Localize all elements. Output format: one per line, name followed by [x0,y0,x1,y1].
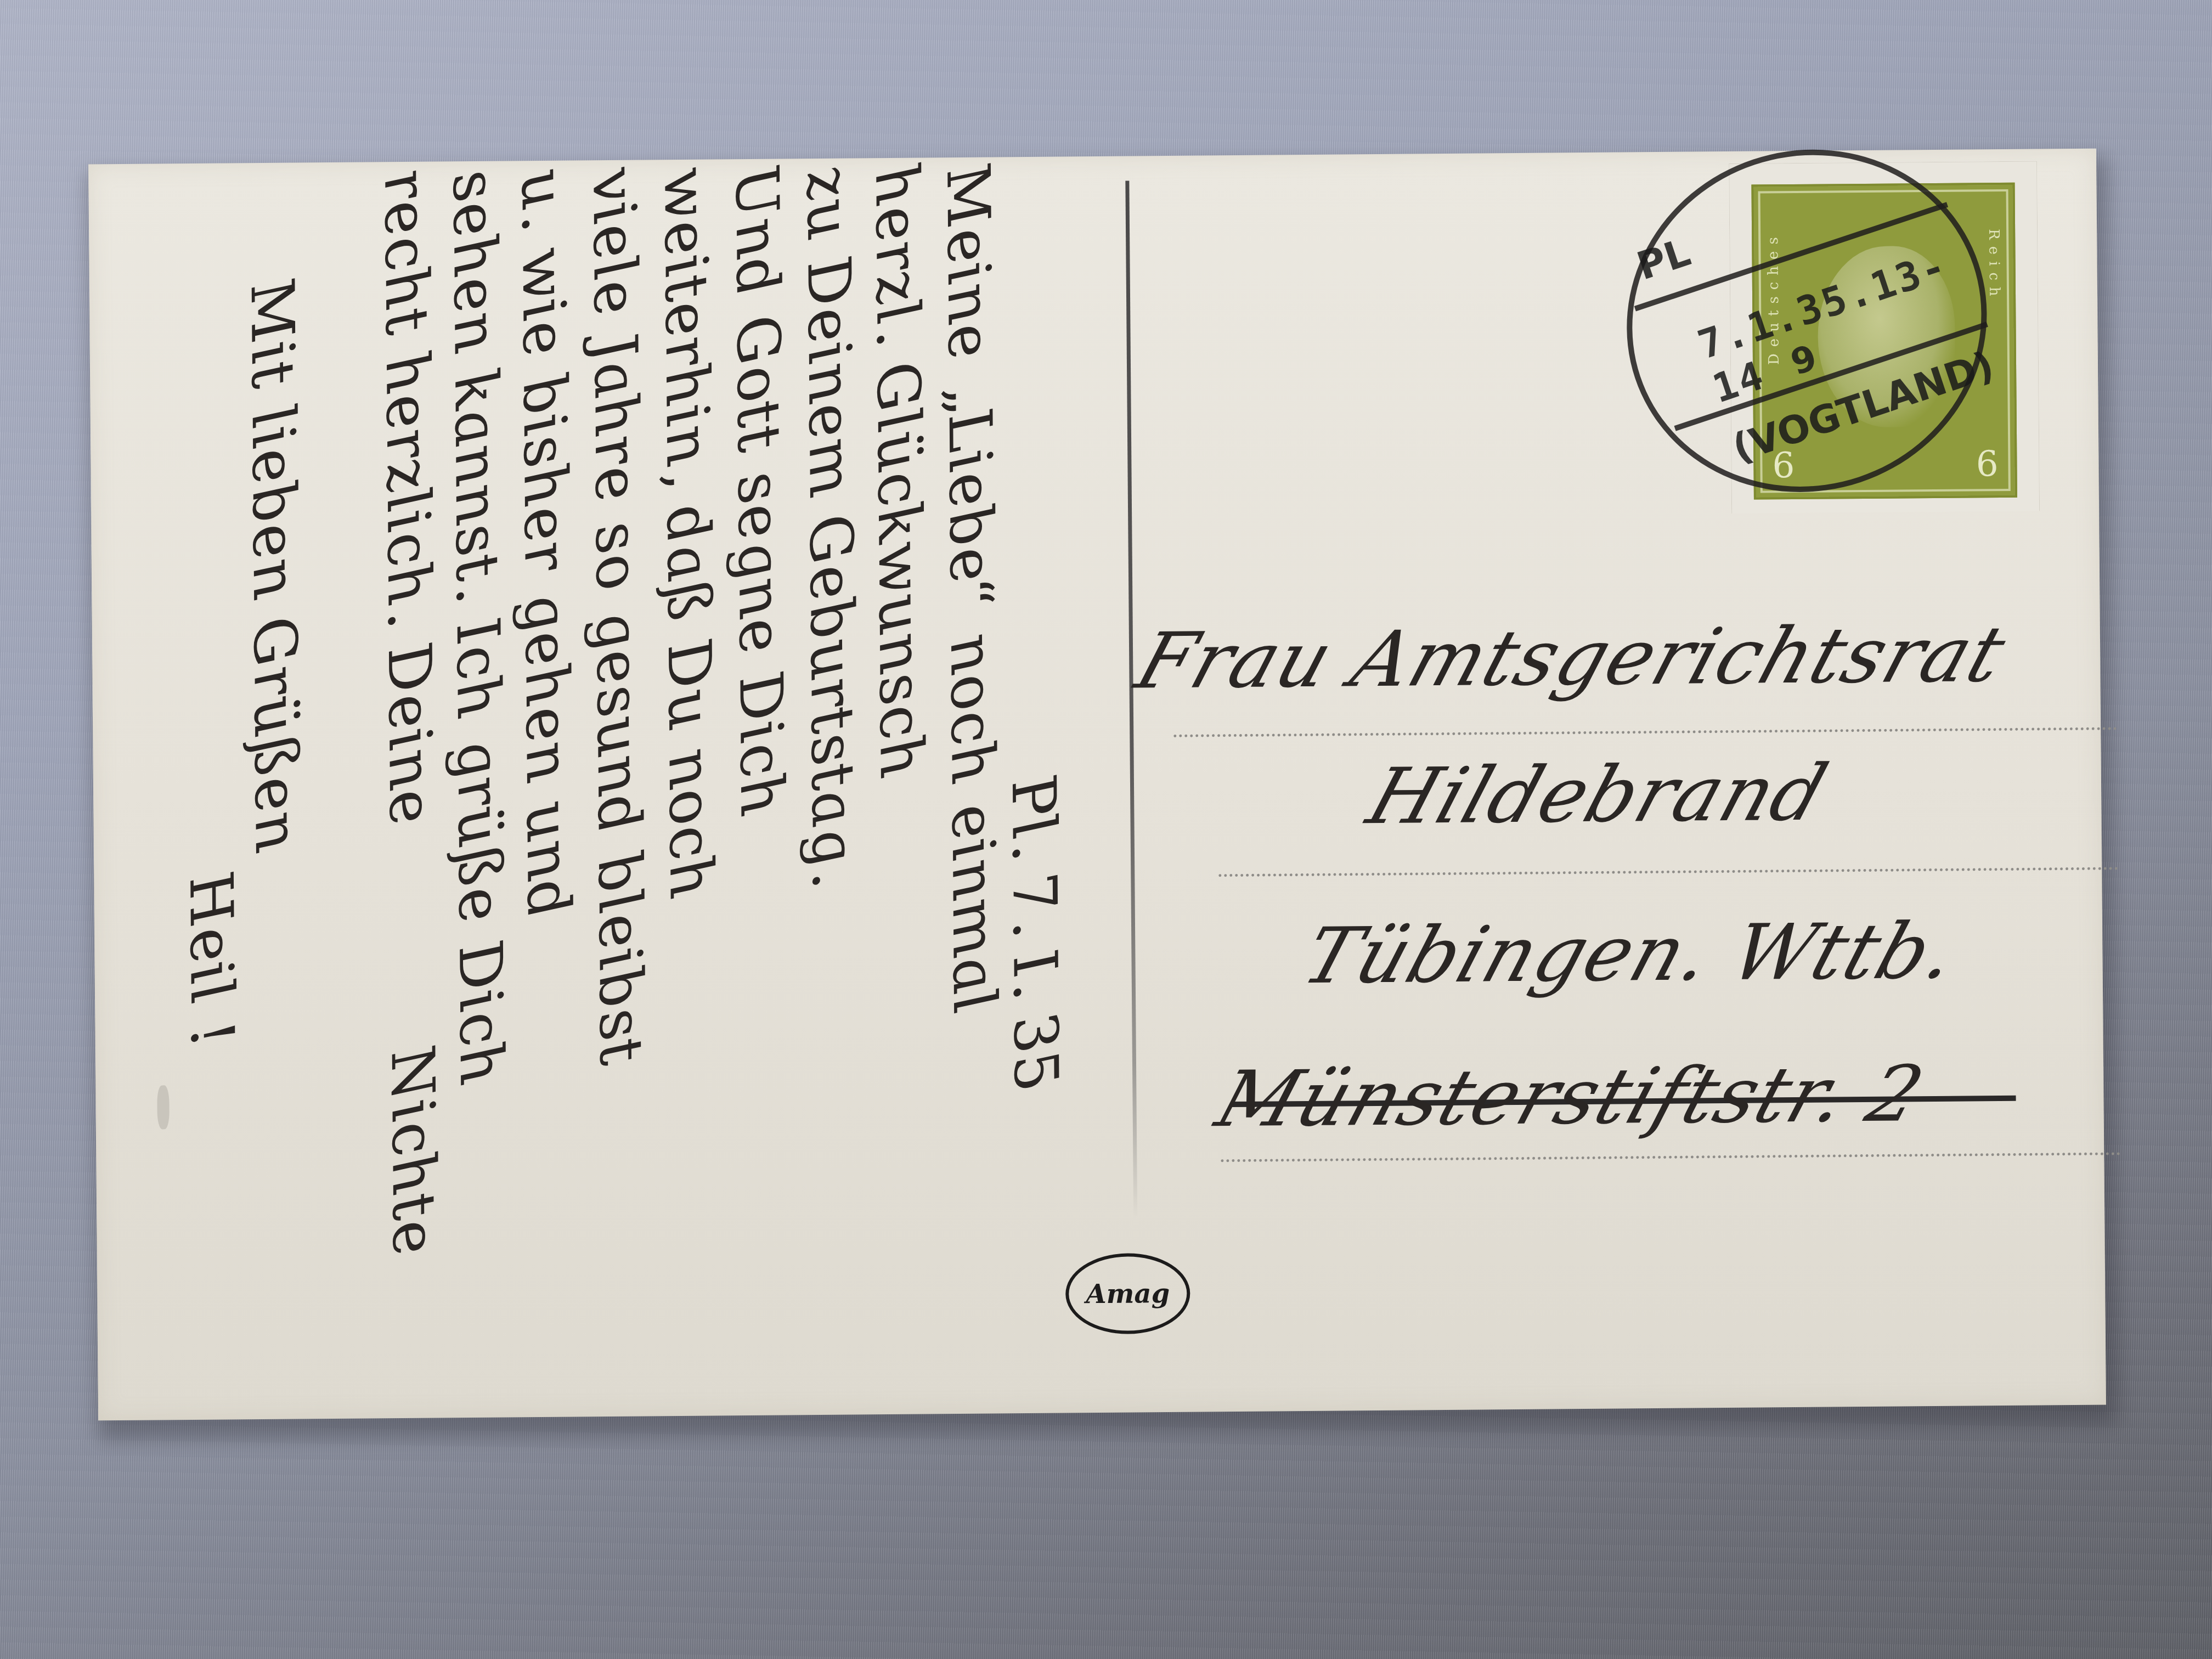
closing-line: Mit lieben Grüßen [238,267,311,865]
postmark-city: PL [1632,230,1696,289]
message-line: weiterhin, daß Du noch [651,154,725,912]
address-recipient-title: Frau Amtsgerichtsrat [1126,610,2016,707]
address-dotted-line [1218,867,2118,877]
message-line: sehen kannst. Ich grüße Dich [439,155,515,1098]
message-line: Und Gott segne Dich [722,153,795,830]
message-line: u. wie bisher gehen und [508,155,582,933]
address-street: Münsterstiftstr. 2 [1206,1049,1935,1144]
message-line: zu Deinem Geburtstag. [793,153,867,899]
message-line: viele Jahre so gesund bleibst [579,154,654,1079]
address-dotted-line [1221,1152,2120,1162]
postcard: Meine „Liebe“ noch einmal herzl. Glückwu… [88,149,2106,1421]
address-dotted-line [1173,727,2117,737]
closing-line: Heil ! [176,860,246,1062]
address-recipient-name: Hildebrand [1357,748,1838,842]
message-line: Meine „Liebe“ noch einmal [933,151,1008,1026]
stamp-country-text: Reich [1985,229,2002,303]
publisher-logo: Amag [1065,1253,1190,1335]
message-line: Nichte [378,1034,448,1269]
message-line: recht herzlich. Deine [371,156,444,839]
message-line: herzl. Glückwunsch [862,152,935,792]
date-note: Pl. 7. I. 35 [998,763,1071,1105]
message-area: Meine „Liebe“ noch einmal herzl. Glückwu… [154,178,1096,1381]
address-city: Tübingen. Wttb. [1293,907,1969,1002]
card-corner-damage [157,1085,170,1129]
stamp-value: 6 [1976,444,1998,484]
